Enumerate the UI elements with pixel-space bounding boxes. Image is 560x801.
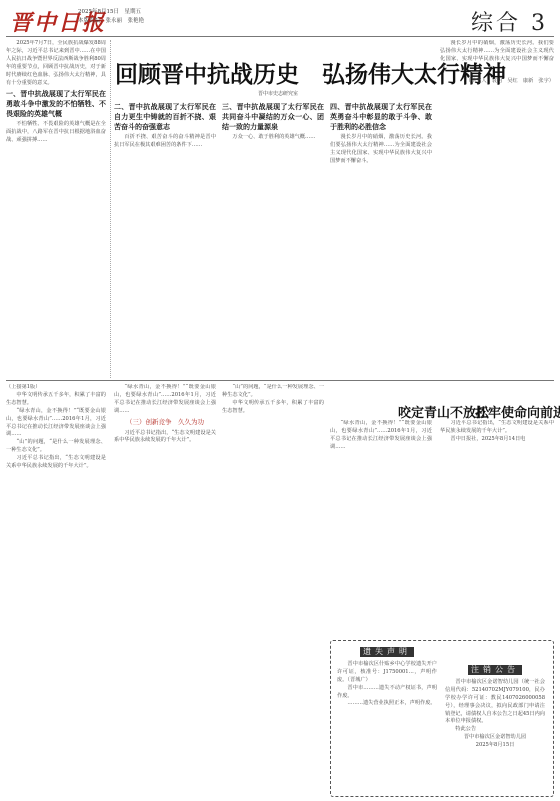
notice-item: ………遗失营业执照正本，声明作废。	[337, 700, 437, 708]
paragraph: 习近平总书记指出，“生态文明建设是关系中华民族永续发展的千年大计”。	[440, 420, 554, 436]
lead-closing: 漫长岁月中的硝烟，激荡历史长河。我们要弘扬伟大太行精神……为全面建设社会主义现代…	[330, 134, 432, 166]
second-column-2: “绿水青山，金不换得！”“既要金山银山，也要绿水青山”……2016年1月，习近平…	[114, 384, 216, 796]
lead-intro: 2025年7月7日，全民族抗战爆发88周年之际，习近平总书记来到晋中……在中国人…	[6, 40, 106, 87]
section-rule	[6, 380, 554, 381]
issue-date: 2025年8月15日 星期五	[78, 8, 144, 17]
loss-notice: 遗失声明 晋中市榆次区什贴乡中心学校遗失开户许可证，核准号：J1750001…，…	[337, 643, 437, 708]
column-divider	[110, 40, 111, 378]
lead-section-1-heading: 一、晋中抗战展现了太行军民在勇敢斗争中激发的不怕牺牲、不畏艰险的英雄气概	[6, 89, 106, 119]
paragraph: “绿水青山，金不换得！”“既要金山银山，也要绿水青山”……2016年1月，习近平…	[114, 384, 216, 416]
paragraph: “绿水青山，金不换得！”“既要金山银山，也要绿水青山”……2016年1月，习近平…	[330, 420, 432, 452]
lead-authors: （执笔人：袁明 吴红 康新 张宇）	[440, 78, 554, 86]
lead-section-2-text: 百折不挠、艰苦奋斗的奋斗精神是晋中抗日军民在极其艰难困苦的条件下……	[114, 134, 216, 150]
lead-section-4-heading: 四、晋中抗战展现了太行军民在英勇奋斗中彰显的敢于斗争、敢于胜利的必胜信念	[330, 102, 432, 132]
lead-section-3-heading: 三、晋中抗战展现了太行军民在共同奋斗中凝结的万众一心、团结一致的力量源泉	[222, 102, 324, 132]
masthead: 晋中日报 2025年8月15日 星期五 本版责编：张永丽 张艳艳 综合 3	[0, 0, 560, 36]
masthead-rule	[6, 36, 554, 37]
paragraph: 习近平总书记指出，“生态文明建设是关系中华民族永续发展的千年大计”。	[114, 430, 216, 446]
cancel-date: 2025年8月15日	[445, 742, 545, 750]
cancel-notice: 注销公告 晋中市榆次区金诺智幼儿园（统一社会信用代码：52140702MJY07…	[445, 661, 545, 791]
lead-byline: 晋中市史志研究室	[258, 90, 298, 97]
lead-column-1: 2025年7月7日，全民族抗战爆发88周年之际，习近平总书记来到晋中……在中国人…	[6, 40, 106, 378]
paragraph: “山”的问题，“是什么一种发展理念、一种生态文化”。	[222, 384, 324, 400]
page-editors: 本版责编：张永丽 张艳艳	[78, 17, 144, 26]
cancel-notice-text: 晋中市榆次区金诺智幼儿园（统一社会信用代码：52140702MJY079100，…	[445, 679, 545, 726]
notices-box: 遗失声明 晋中市榆次区什贴乡中心学校遗失开户许可证，核准号：J1750001…，…	[330, 640, 554, 797]
cancel-org: 晋中市榆次区金诺智幼儿园	[445, 734, 545, 742]
lead-column-4: 四、晋中抗战展现了太行军民在英勇奋斗中彰显的敢于斗争、敢于胜利的必胜信念 漫长岁…	[330, 100, 432, 378]
signoff: 晋中日报社，2025年8月14日电	[440, 436, 554, 444]
lead-column-2: 二、晋中抗战展现了太行军民在自力更生中铸就的百折不挠、艰苦奋斗的奋强意志 百折不…	[114, 100, 216, 378]
lead-section-3-text: 万众一心、敢于胜利的英雄气概……	[222, 134, 324, 142]
loss-notice-title: 遗失声明	[360, 647, 414, 657]
lead-section-2-heading: 二、晋中抗战展现了太行军民在自力更生中铸就的百折不挠、艰苦奋斗的奋强意志	[114, 102, 216, 132]
notice-item: 晋中市………遗失不动产权证书，声明作废。	[337, 685, 437, 701]
paragraph: “绿水青山，金不换得！”“既要金山银山，也要绿水青山”……2016年1月，习近平…	[6, 408, 106, 440]
second-column-5: 习近平总书记指出，“生态文明建设是关系中华民族永续发展的千年大计”。 晋中日报社…	[440, 420, 554, 635]
paragraph: 习近平总书记指出，“生态文明建设是关系中华民族永续发展的千年大计”。	[6, 455, 106, 471]
second-column-1: （上接第1版） 中华文明传承五千多年，积累了丰富的生态智慧。 “绿水青山，金不换…	[6, 384, 106, 796]
paragraph: 中华文明传承五千多年，积累了丰富的生态智慧。	[222, 400, 324, 416]
notice-item: 晋中市榆次区什贴乡中心学校遗失开户许可证，核准号：J1750001…，声明作废。…	[337, 661, 437, 685]
cancel-notice-title: 注销公告	[468, 665, 522, 675]
second-headline-right: 扛牢使命向前进	[475, 402, 560, 421]
second-column-4: “绿水青山，金不换得！”“既要金山银山，也要绿水青山”……2016年1月，习近平…	[330, 420, 432, 635]
continued-note: （上接第1版）	[6, 384, 106, 392]
lead-column-3: 三、晋中抗战展现了太行军民在共同奋斗中凝结的万众一心、团结一致的力量源泉 万众一…	[222, 100, 324, 378]
subheading-innovation: （三）创新竞争 久久为功	[114, 419, 216, 427]
lead-closing-continued: 漫长岁月中的硝烟，激荡历史长河。我们要弘扬伟大太行精神……为全面建设社会主义现代…	[440, 40, 554, 72]
paragraph: “山”的问题，“是什么一种发展理念、一种生态文化”。	[6, 439, 106, 455]
lead-section-1-text: 不怕牺牲、不畏艰险的英雄气概是在全面抗战中，八路军在晋中抗日根据地浴血奋战、顽强…	[6, 121, 106, 145]
second-column-3: “山”的问题，“是什么一种发展理念、一种生态文化”。 中华文明传承五千多年，积累…	[222, 384, 324, 796]
lead-column-5: 漫长岁月中的硝烟，激荡历史长河。我们要弘扬伟大太行精神……为全面建设社会主义现代…	[440, 40, 554, 378]
issue-meta: 2025年8月15日 星期五 本版责编：张永丽 张艳艳	[78, 8, 144, 26]
section-title: 综合 3	[471, 6, 548, 37]
paragraph: 中华文明传承五千多年，积累了丰富的生态智慧。	[6, 392, 106, 408]
